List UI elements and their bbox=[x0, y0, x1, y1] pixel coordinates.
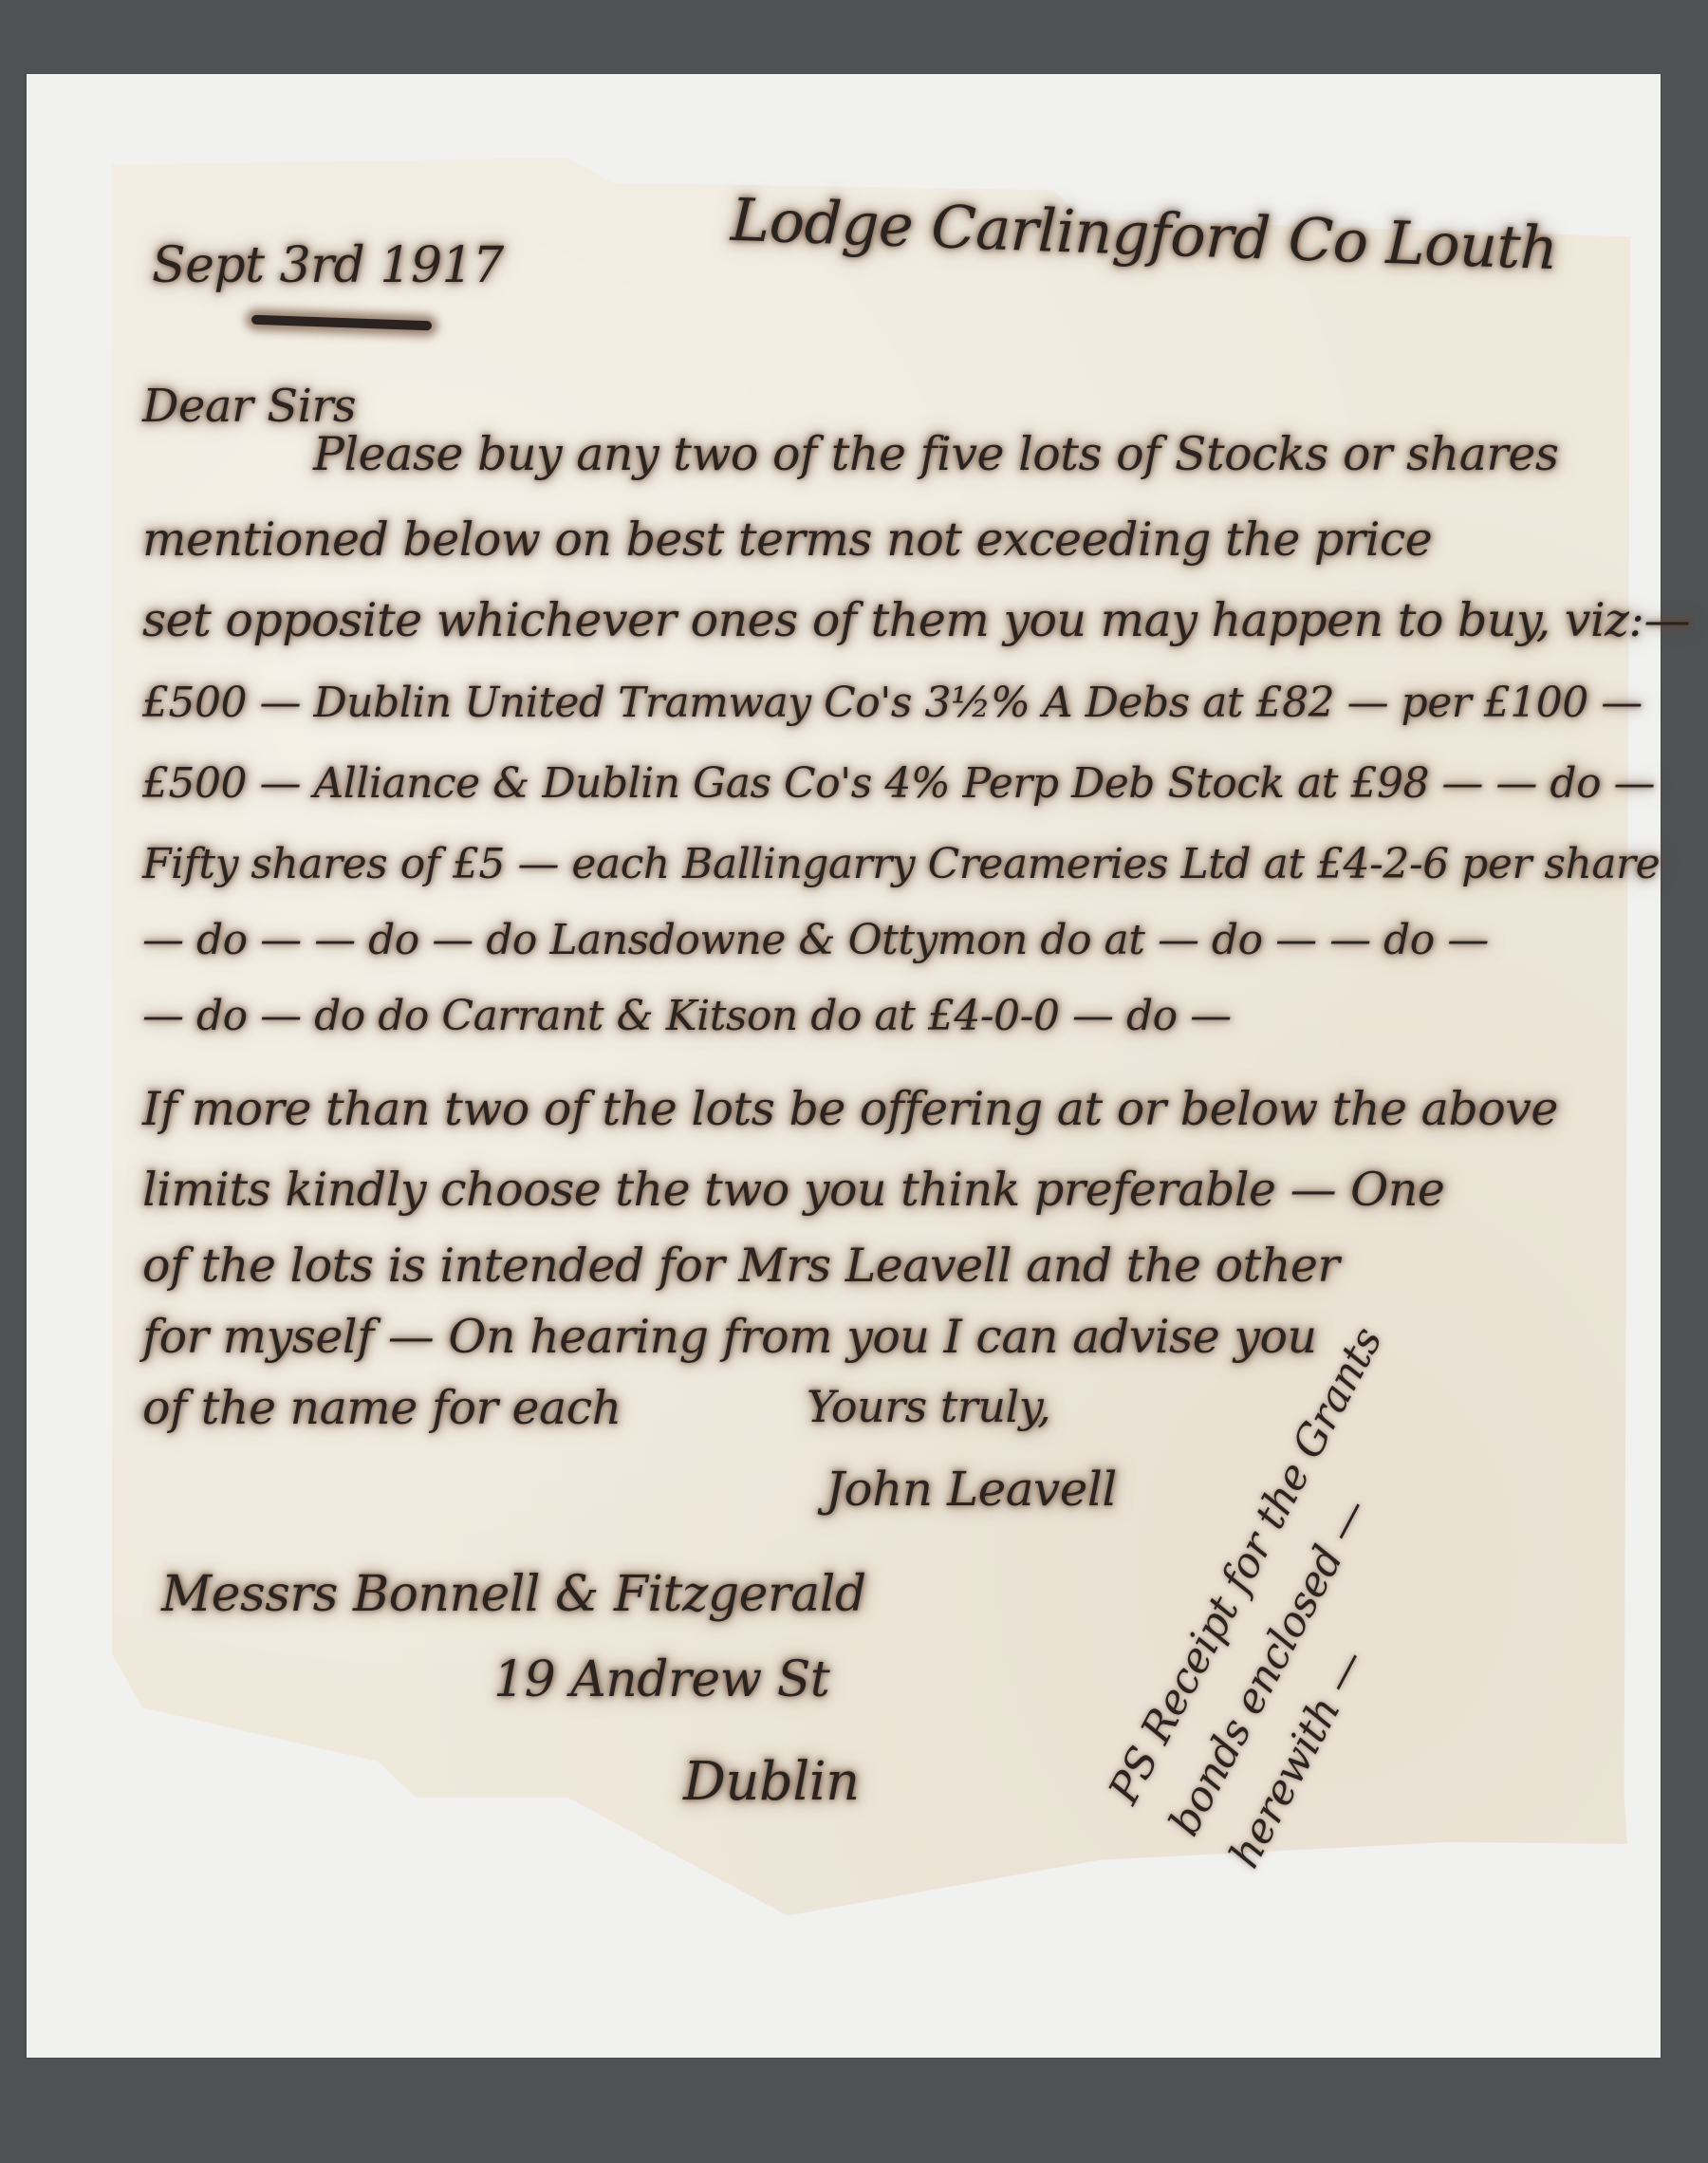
valediction: Yours truly, bbox=[807, 1381, 1050, 1432]
body-line: limits kindly choose the two you think p… bbox=[142, 1163, 1444, 1217]
stock-lot: £500 — Dublin United Tramway Co's 3½% A … bbox=[142, 679, 1643, 727]
stock-lot: £500 — Alliance & Dublin Gas Co's 4% Per… bbox=[142, 759, 1655, 808]
body-line: for myself — On hearing from you I can a… bbox=[142, 1310, 1317, 1364]
body-line: If more than two of the lots be offering… bbox=[142, 1082, 1558, 1136]
stock-lot: Fifty shares of £5 — each Ballingarry Cr… bbox=[142, 840, 1660, 888]
letter-date: Sept 3rd 1917 bbox=[152, 237, 504, 294]
body-line: of the name for each bbox=[142, 1381, 622, 1435]
signature: John Leavell bbox=[826, 1462, 1117, 1517]
recipient-city: Dublin bbox=[683, 1751, 860, 1813]
stock-lot: — do — — do — do Lansdowne & Ottymon do … bbox=[142, 916, 1489, 964]
stock-lot: — do — do do Carrant & Kitson do at £4-0… bbox=[142, 992, 1232, 1040]
recipient-name: Messrs Bonnell & Fitzgerald bbox=[161, 1566, 866, 1623]
salutation: Dear Sirs bbox=[142, 380, 356, 433]
body-line: mentioned below on best terms not exceed… bbox=[142, 513, 1432, 567]
recipient-street: 19 Andrew St bbox=[493, 1651, 829, 1708]
body-line: of the lots is intended for Mrs Leavell … bbox=[142, 1239, 1339, 1293]
body-line: set opposite whichever ones of them you … bbox=[142, 593, 1690, 647]
body-line: Please buy any two of the five lots of S… bbox=[313, 427, 1559, 481]
